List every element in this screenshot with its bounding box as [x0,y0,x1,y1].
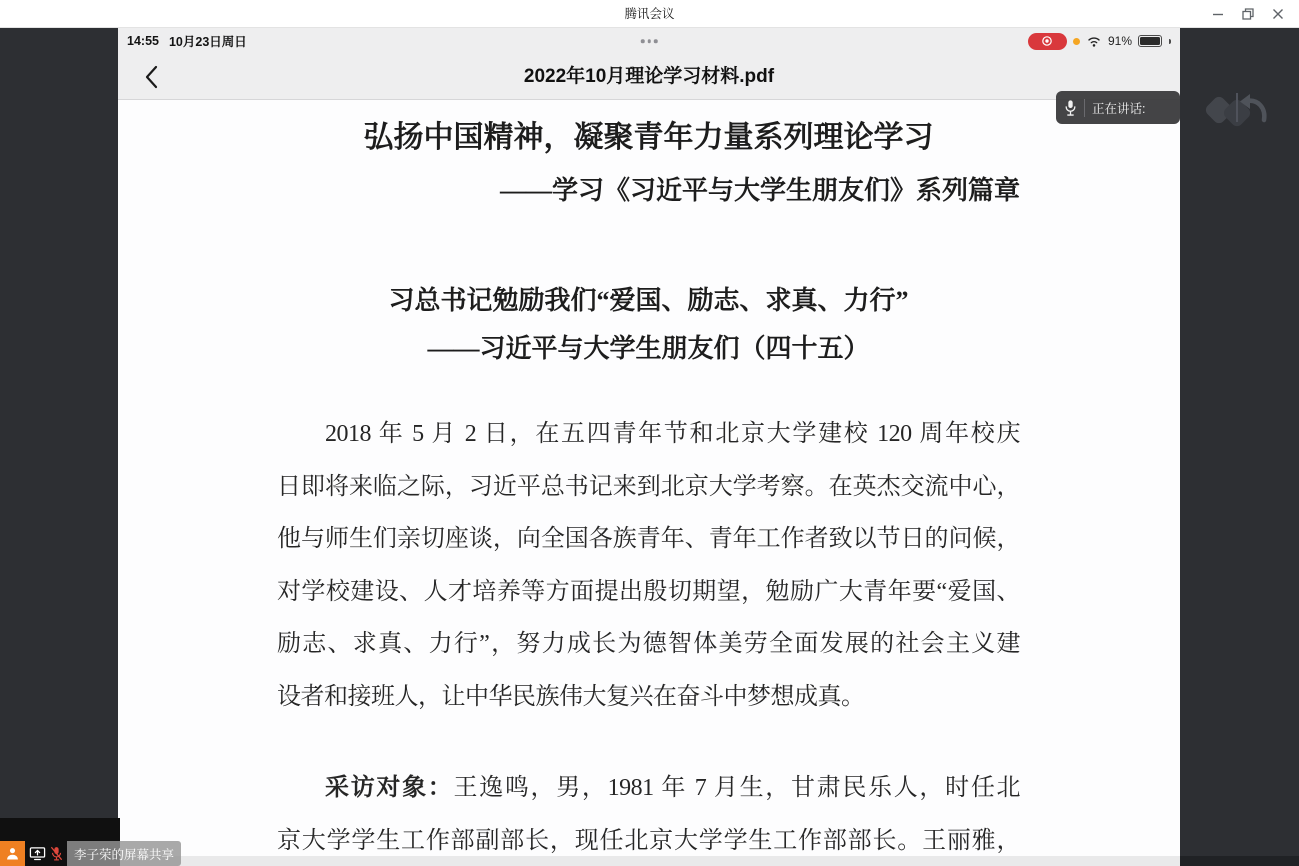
paragraph-1: 2018 年 5 月 2 日，在五四青年节和北京大学建校 120 周年校庆 日即… [277,408,1020,724]
minimize-button[interactable] [1203,0,1233,28]
document-subheading: ——习近平与大学生朋友们（四十五） [277,328,1020,365]
speaking-indicator[interactable]: 正在讲话: [1056,91,1180,124]
pdf-nav-bar: 2022年10月理论学习材料.pdf [118,54,1180,100]
status-time: 14:55 [127,34,159,48]
document-line: 采访对象：王逸鸣，男，1981 年 7 月生，甘肃民乐人，时任北 [277,762,1020,815]
ipad-chrome: 14:55 10月23日周日 [118,28,1180,100]
document-subtitle: ——学习《习近平与大学生朋友们》系列篇章 [277,170,1020,207]
window-controls [1203,0,1293,28]
document-line-text: 王逸鸣，男，1981 年 7 月生，甘肃民乐人，时任北 [453,775,1020,801]
ipad-status-bar: 14:55 10月23日周日 [118,28,1180,54]
interviewee-label: 采访对象： [325,775,453,801]
pdf-page: 弘扬中国精神，凝聚青年力量系列理论学习 ——学习《习近平与大学生朋友们》系列篇章… [118,100,1180,856]
person-icon [5,846,20,861]
restore-button[interactable] [1233,0,1263,28]
document-line: 设者和接班人，让中华民族伟大复兴在奋斗中梦想成真。 [277,671,1020,724]
badge-icons [25,841,67,866]
battery-tip-icon [1169,39,1171,44]
status-date: 10月23日周日 [169,32,247,50]
document-line: 2018 年 5 月 2 日，在五四青年节和北京大学建校 120 周年校庆 [277,408,1020,461]
window-titlebar: 腾讯会议 [0,0,1299,28]
mic-in-use-dot-icon [1073,38,1080,45]
document-line: 励志、求真、力行”，努力成长为德智体美劳全面发展的社会主义建 [277,618,1020,671]
multitask-handle-icon[interactable] [641,39,658,43]
status-right: 91% [1028,33,1171,50]
watermark-logo-icon [1202,90,1272,136]
window-title: 腾讯会议 [0,0,1299,28]
sharer-avatar [0,841,25,866]
document-line: 京大学学生工作部副部长，现任北京大学学生工作部部长。王丽雅， [277,815,1020,856]
muted-mic-icon [50,846,63,862]
document-heading: 习总书记勉励我们“爱国、励志、求真、力行” [277,280,1020,317]
page-footer-strip [118,856,1180,866]
status-left: 14:55 10月23日周日 [127,32,247,50]
paragraph-2: 采访对象：王逸鸣，男，1981 年 7 月生，甘肃民乐人，时任北 京大学学生工作… [277,762,1020,856]
close-button[interactable] [1263,0,1293,28]
speaking-label: 正在讲话: [1092,99,1145,117]
microphone-icon [1064,99,1077,117]
shared-screen: 14:55 10月23日周日 [118,28,1180,866]
divider [1084,99,1085,117]
document-title: 弘扬中国精神，凝聚青年力量系列理论学习 [277,112,1020,156]
battery-percent: 91% [1108,34,1132,48]
screen-share-badge[interactable]: 李子荣的屏幕共享 [0,841,181,866]
document-line: 日即将来临之际，习近平总书记来到北京大学考察。在英杰交流中心， [277,461,1020,514]
screen-share-icon [29,846,46,861]
bottom-right-strip [1180,856,1299,866]
wifi-icon [1086,35,1102,48]
sharer-name-label: 李子荣的屏幕共享 [67,841,181,866]
meeting-stage: 14:55 10月23日周日 [0,28,1299,866]
tencent-meeting-window: 腾讯会议 14:55 10月23日周日 [0,0,1299,866]
battery-icon [1138,35,1162,47]
document-line: 对学校建设、人才培养等方面提出殷切期望，勉励广大青年要“爱国、 [277,566,1020,619]
pdf-filename: 2022年10月理论学习材料.pdf [118,54,1180,100]
document-line: 他与师生们亲切座谈，向全国各族青年、青年工作者致以节日的问候， [277,513,1020,566]
screen-recording-pill-icon[interactable] [1028,33,1067,50]
